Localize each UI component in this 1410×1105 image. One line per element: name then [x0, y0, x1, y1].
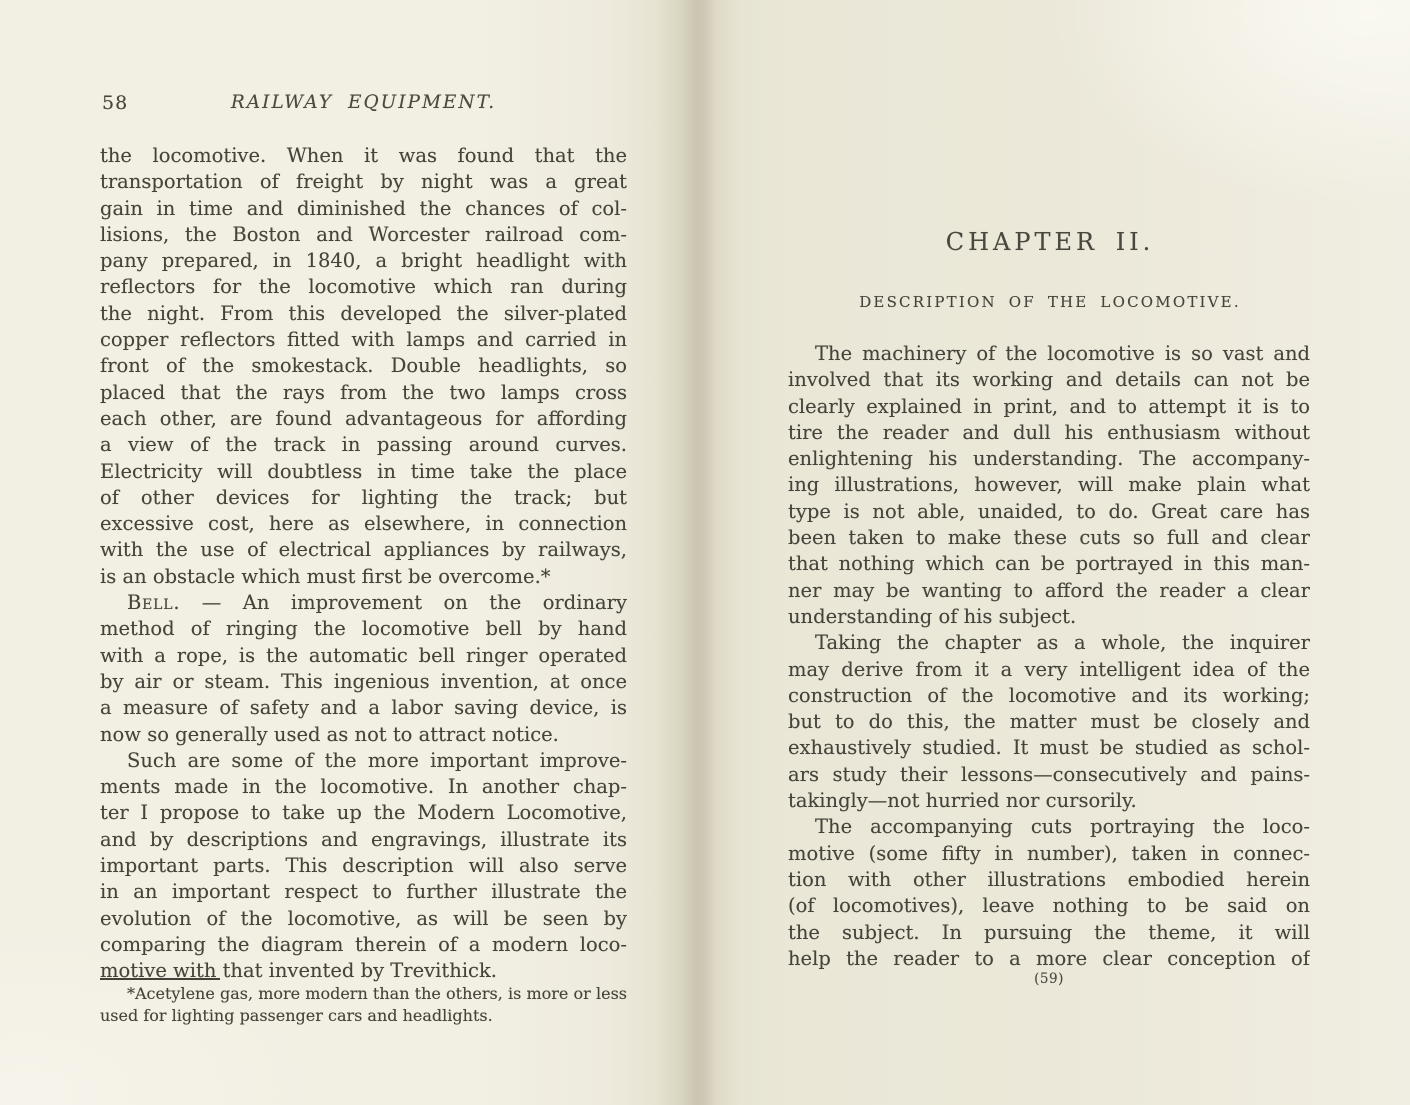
text-line: pany prepared, in 1840, a bright headlig…	[100, 248, 627, 274]
paragraph: *Acetylene gas, more modern than the oth…	[100, 983, 627, 1027]
paragraph: Such are some of the more important impr…	[100, 748, 627, 985]
paragraph: the locomotive. When it was found that t…	[100, 143, 627, 590]
text-line: now so generally used as not to attract …	[100, 722, 627, 748]
text-line: ing illustrations, however, will make pl…	[788, 472, 1310, 498]
left-page-body-text: the locomotive. When it was found that t…	[100, 143, 627, 985]
text-line: important parts. This description will a…	[100, 853, 627, 879]
text-line: copper reflectors fitted with lamps and …	[100, 327, 627, 353]
text-line: help the reader to a more clear concepti…	[788, 946, 1310, 972]
text-line: ments made in the locomotive. In another…	[100, 774, 627, 800]
text-line: tire the reader and dull his enthusiasm …	[788, 420, 1310, 446]
text-line: that nothing which can be portrayed in t…	[788, 551, 1310, 577]
paragraph: Taking the chapter as a whole, the inqui…	[788, 630, 1310, 814]
paragraph: The machinery of the locomotive is so va…	[788, 341, 1310, 630]
text-line: Such are some of the more important impr…	[100, 748, 627, 774]
text-line: the locomotive. When it was found that t…	[100, 143, 627, 169]
text-line: (of locomotives), leave nothing to be sa…	[788, 893, 1310, 919]
chapter-subheading: DESCRIPTION OF THE LOCOMOTIVE.	[788, 293, 1312, 311]
page-number-left: 58	[102, 92, 128, 114]
text-line: The machinery of the locomotive is so va…	[788, 341, 1310, 367]
text-line: type is not able, unaided, to do. Great …	[788, 499, 1310, 525]
text-line: lisions, the Boston and Worcester railro…	[100, 222, 627, 248]
text-line: takingly—not hurried nor cursorily.	[788, 788, 1310, 814]
text-line: of other devices for lighting the track;…	[100, 485, 627, 511]
text-line: but to do this, the matter must be close…	[788, 709, 1310, 735]
text-line: enlightening his understanding. The acco…	[788, 446, 1310, 472]
text-line: The accompanying cuts portraying the loc…	[788, 814, 1310, 840]
text-line: by air or steam. This ingenious inventio…	[100, 669, 627, 695]
right-page-body-text: The machinery of the locomotive is so va…	[788, 341, 1310, 972]
text-line: ter I propose to take up the Modern Loco…	[100, 800, 627, 826]
text-line: front of the smokestack. Double headligh…	[100, 353, 627, 379]
text-line: motive (some fifty in number), taken in …	[788, 841, 1310, 867]
text-line: with the use of electrical appliances by…	[100, 537, 627, 563]
text-line: tion with other illustrations embodied h…	[788, 867, 1310, 893]
text-line: transportation of freight by night was a…	[100, 169, 627, 195]
text-line: construction of the locomotive and its w…	[788, 683, 1310, 709]
left-page-header: 58 RAILWAY EQUIPMENT.	[100, 92, 627, 118]
footnote-rule	[100, 978, 220, 980]
text-line: ars study their lessons—consecutively an…	[788, 762, 1310, 788]
text-line: may derive from it a very intelligent id…	[788, 657, 1310, 683]
text-line: is an obstacle which must first be overc…	[100, 564, 627, 590]
text-line: motive with that invented by Trevithick.	[100, 958, 627, 984]
text-line: gain in time and diminished the chances …	[100, 196, 627, 222]
text-line: Electricity will doubtless in time take …	[100, 459, 627, 485]
text-line: a view of the track in passing around cu…	[100, 432, 627, 458]
footnote-text: *Acetylene gas, more modern than the oth…	[100, 983, 627, 1027]
text-line: in an important respect to further illus…	[100, 879, 627, 905]
chapter-heading: CHAPTER II.	[788, 228, 1312, 256]
text-line: understanding of his subject.	[788, 604, 1310, 630]
text-line: evolution of the locomotive, as will be …	[100, 906, 627, 932]
text-line: the subject. In pursuing the theme, it w…	[788, 920, 1310, 946]
running-head: RAILWAY EQUIPMENT.	[100, 92, 627, 113]
paragraph: The accompanying cuts portraying the loc…	[788, 814, 1310, 972]
smallcaps-word: Bell.	[127, 591, 180, 614]
text-line: used for lighting passenger cars and hea…	[100, 1005, 627, 1027]
text-line: each other, are found advantageous for a…	[100, 406, 627, 432]
text-line: Taking the chapter as a whole, the inqui…	[788, 630, 1310, 656]
paragraph: Bell. — An improvement on the ordinaryme…	[100, 590, 627, 748]
text-line: been taken to make these cuts so full an…	[788, 525, 1310, 551]
text-line: method of ringing the locomotive bell by…	[100, 616, 627, 642]
text-line: comparing the diagram therein of a moder…	[100, 932, 627, 958]
text-line: placed that the rays from the two lamps …	[100, 380, 627, 406]
text-line: reflectors for the locomotive which ran …	[100, 274, 627, 300]
text-line: clearly explained in print, and to attem…	[788, 394, 1310, 420]
text-line: exhaustively studied. It must be studied…	[788, 735, 1310, 761]
text-line: ner may be wanting to afford the reader …	[788, 578, 1310, 604]
book-spread: 58 RAILWAY EQUIPMENT. the locomotive. Wh…	[0, 0, 1410, 1105]
text-line: and by descriptions and engravings, illu…	[100, 827, 627, 853]
text-line: excessive cost, here as elsewhere, in co…	[100, 511, 627, 537]
text-line: involved that its working and details ca…	[788, 367, 1310, 393]
page-number-right: (59)	[788, 971, 1310, 987]
text-line: *Acetylene gas, more modern than the oth…	[100, 983, 627, 1005]
text-line: with a rope, is the automatic bell ringe…	[100, 643, 627, 669]
text-line: a measure of safety and a labor saving d…	[100, 695, 627, 721]
text-line: the night. From this developed the silve…	[100, 301, 627, 327]
text-line: Bell. — An improvement on the ordinary	[100, 590, 627, 616]
